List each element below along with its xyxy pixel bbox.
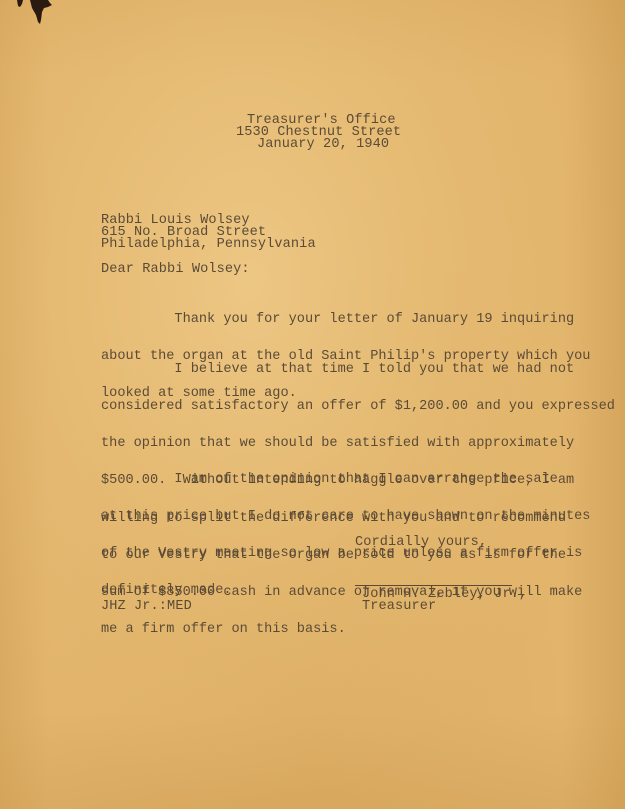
paragraph-line: Thank you for your letter of January 19 … — [101, 314, 590, 326]
paragraph-line: of the Vestry meeting so low a price unl… — [101, 548, 590, 560]
paragraph-line: I am of the opinion that I can arrange t… — [101, 474, 590, 486]
paragraph-line: I believe at that time I told you that w… — [101, 364, 615, 376]
torn-corner-mark-icon — [14, 0, 54, 26]
letter-date: January 20, 1940 — [257, 139, 389, 151]
closing: Cordially yours, — [355, 537, 487, 549]
paragraph-line: considered satisfactory an offer of $1,2… — [101, 401, 615, 413]
paragraph-line: me a firm offer on this basis. — [101, 624, 615, 636]
signatory-title: Treasurer — [362, 601, 436, 613]
paragraph-line: at this price but I do not care to have … — [101, 511, 590, 523]
signature-rule — [355, 585, 512, 586]
recipient-city: Philadelphia, Pennsylvania — [101, 239, 316, 251]
reference-initials: JHZ Jr.:MED — [101, 601, 192, 613]
letter-page: Treasurer's Office 1530 Chestnut Street … — [0, 0, 625, 809]
salutation: Dear Rabbi Wolsey: — [101, 264, 250, 276]
